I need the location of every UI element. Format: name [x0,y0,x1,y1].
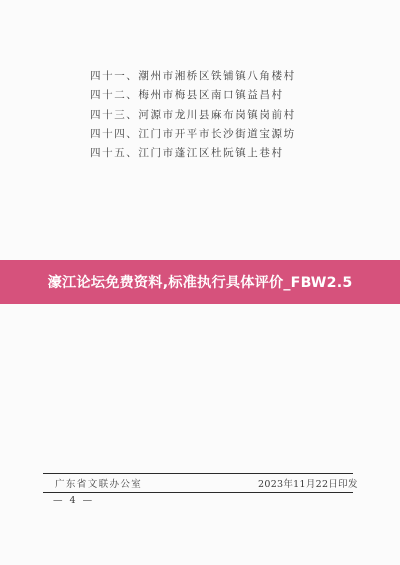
title-banner[interactable]: 濠江论坛免费资料,标准执行具体评价_FBW2.5 [0,260,400,304]
footer-bottom-divider [43,492,353,493]
list-item: 四十四、江门市开平市长沙街道宝源坊 [90,125,296,144]
list-item: 四十五、江门市蓬江区杜阮镇上巷村 [90,144,296,163]
document-page: 四十一、潮州市湘桥区铁铺镇八角楼村 四十二、梅州市梅县区南口镇益昌村 四十三、河… [0,0,400,565]
footer-print-date: 2023年11月22日印发 [258,476,358,490]
page-number: — 4 — [53,495,94,506]
list-item: 四十三、河源市龙川县麻布岗镇岗前村 [90,106,296,125]
banner-title[interactable]: 濠江论坛免费资料,标准执行具体评价_FBW2.5 [48,272,353,292]
list-item: 四十二、梅州市梅县区南口镇益昌村 [90,86,296,105]
footer-top-divider [43,473,353,474]
list-item: 四十一、潮州市湘桥区铁铺镇八角楼村 [90,67,296,86]
village-list: 四十一、潮州市湘桥区铁铺镇八角楼村 四十二、梅州市梅县区南口镇益昌村 四十三、河… [90,67,296,163]
footer-issuer: 广东省文联办公室 [55,476,142,490]
